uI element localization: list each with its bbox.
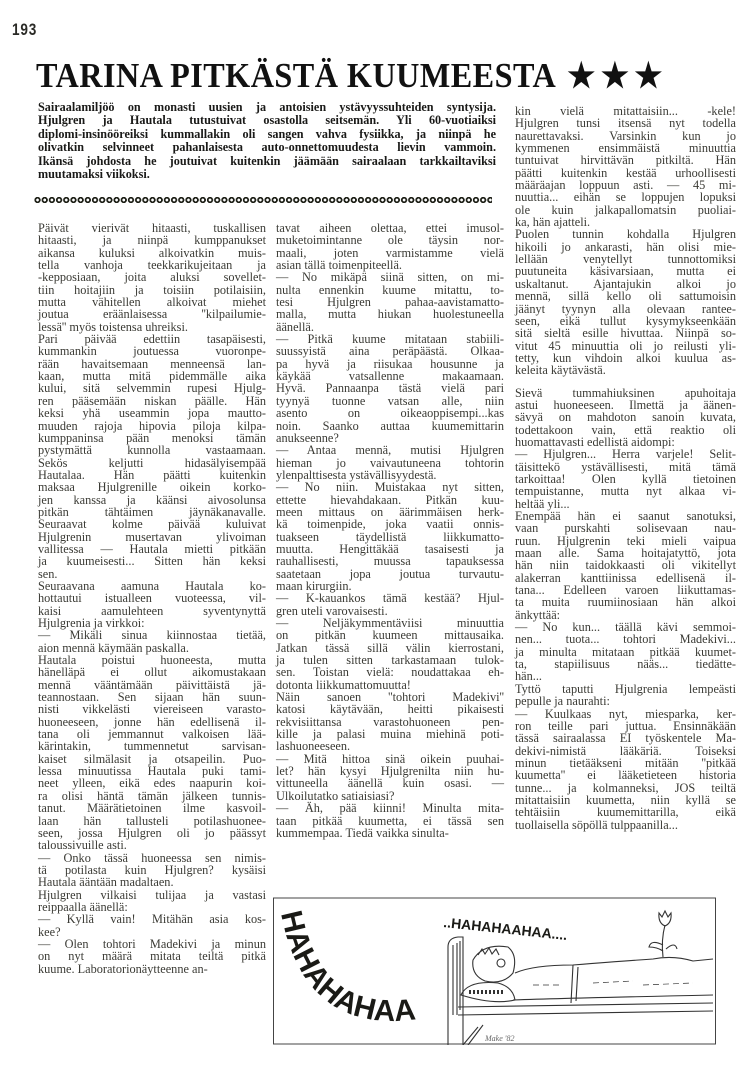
text-line: — Äh, pää kiinni! Minulta mita-	[276, 802, 504, 814]
decorative-chain-divider	[34, 197, 492, 203]
text-line: — No niin. Muistakaa nyt sitten,	[276, 481, 504, 493]
text-line: rauhallisesti, muussa tapauksessa	[276, 555, 504, 567]
text-line: — K-kauankos tämä kestää? Hjul-	[276, 592, 504, 604]
lead-line: olivatkin selvinneet pahanlaisesta auto-…	[38, 141, 496, 154]
text-line: suussyistä aina peräpäästä. Olkaa-	[276, 345, 504, 357]
text-line: tuollaisella söpöllä tulppaanilla...	[515, 819, 736, 831]
text-line: noin. Saanko auttaa kuumemittarin	[276, 420, 504, 432]
text-line: on nyt määrä mitata teiltä pitkä	[38, 950, 266, 962]
lead-line: Ikänsä johdosta he joutuivat kuitenkin j…	[38, 155, 496, 168]
text-line: — Hjulgren... Herra varjele! Selit-	[515, 448, 736, 460]
text-line: malla, mutta hiukan huolestuneella	[276, 308, 504, 320]
text-line: Puolen tunnin kohdalla Hjulgren	[515, 228, 736, 240]
text-line: kummankin joutuessa vuoronpe-	[38, 345, 266, 357]
lead-line: diplomi-insinööreiksi kummallakin oli sa…	[38, 128, 496, 141]
text-line: laan hän tallusteli potilashuonee-	[38, 815, 266, 827]
text-line: tanut. Määrätietoinen ilme kasvoil-	[38, 802, 266, 814]
text-line: pystymättä kunnolla vastaamaan.	[38, 444, 266, 456]
text-line: kärintakin, tummennetut sarvisan-	[38, 740, 266, 752]
cartoon-illustration: HAHAHAHAA ..HAHAHAAHAA....	[273, 895, 716, 1045]
text-line: Seuraavat kolme päivää kuluivat	[38, 518, 266, 530]
text-line: hottautui istualleen vuoteessa, vil-	[38, 592, 266, 604]
text-column-1: Päivät vierivät hitaasti, tuskallisenhit…	[38, 222, 266, 975]
cartoon-drawing: HAHAHAHAA ..HAHAHAAHAA....	[273, 895, 716, 1045]
title-text: TARINA PITKÄSTÄ KUUMEESTA	[36, 56, 556, 95]
text-line: tässä sairaalassa EI työskentele Ma-	[515, 732, 736, 744]
text-line: jäänyt tyynyn alla olevaan rantee-	[515, 303, 736, 315]
text-column-3: kin vielä mitattaisiin... -kele!Hjulgren…	[515, 105, 736, 831]
text-line: sävyä on mahdoton sanoin kuvata,	[515, 411, 736, 423]
text-line: neet ylleen, eikä edes naapurin koi-	[38, 777, 266, 789]
lead-line: Hjulgren ja Hautala tutustuivat osastoll…	[38, 114, 496, 127]
text-line: — Mikäli sinua kiinnostaa tietää,	[38, 629, 266, 641]
text-line: Hautala ääntään madaltaen.	[38, 876, 266, 888]
text-line: taloussivuille asti.	[38, 839, 266, 851]
text-line: sen. Toistan vielä: noudattakaa eh-	[276, 666, 504, 678]
text-line: lashuoneeseen.	[276, 740, 504, 752]
text-line: keleita käytävästä.	[515, 364, 736, 376]
text-line: nuuttia... eihän se loppujen lopuksi	[515, 191, 736, 203]
lead-paragraph: Sairaalamiljöö on monasti uusien ja anto…	[38, 101, 496, 181]
text-line: tuntuivat hirvittävän pitkiltä. Hän	[515, 154, 736, 166]
text-line: hitaasti, ja niinpä kumppanukset	[38, 234, 266, 246]
text-line: ta, stapiilisuus nääs... tiedätte-	[515, 658, 736, 670]
text-line: sitä sieltä esille hivuttaa. Niinpä so-	[515, 327, 736, 339]
text-line: hän...	[515, 670, 736, 682]
text-line: — Kuulkaas nyt, miesparka, ker-	[515, 708, 736, 720]
text-line: muuden rajoja hipovia piloja kilpa-	[38, 420, 266, 432]
text-line: muketoimintanne ole täysin nor-	[276, 234, 504, 246]
text-line: on pitkän kuumeen mittausaika.	[276, 629, 504, 641]
text-line: mennä, sillä kello oli sattumoisin	[515, 290, 736, 302]
text-line: hän niin taidokkaasti oli vikitellyt	[515, 559, 736, 571]
text-line: hänelläpä ei ollut aikomustakaan	[38, 666, 266, 678]
text-line: joutua eräänlaisessa ''kilpailumie-	[38, 308, 266, 320]
text-line: kummempaa. Tiedä vaikka sinulta-	[276, 827, 504, 839]
text-column-2: tavat aiheen olettaa, ettei imusol-muket…	[276, 222, 504, 839]
text-line: tempuistanne, mutta nyt alkaa vi-	[515, 485, 736, 497]
article-title: TARINA PITKÄSTÄ KUUMEESTA★★★	[36, 56, 668, 96]
lead-line: muutamaksi viikoksi.	[38, 168, 496, 181]
text-line: ja kuumeisesti... Sitten hän keksi	[38, 555, 266, 567]
artist-signature: Make '82	[484, 1034, 514, 1043]
rating-stars-icon: ★★★	[567, 58, 668, 95]
text-line: puutuneita käsivarsiaan, mutta ei	[515, 265, 736, 277]
page-number: 193	[12, 20, 37, 40]
text-line: nisti vikkelästi viereiseen varasto-	[38, 703, 266, 715]
text-line: asento on oikeaoppisempi...kas	[276, 407, 504, 419]
text-line: vaan purskahti solisevaan nau-	[515, 522, 736, 534]
text-line: Hjulgren tunsi itsensä nyt todella	[515, 117, 736, 129]
text-line: kului, sitä selvemmin rupesi Hjulg-	[38, 382, 266, 394]
text-line: katosi käytävään, heitti pikaisesti	[276, 703, 504, 715]
text-line: taan pitkää kuumetta, ei tässä sen	[276, 815, 504, 827]
lead-line: Sairaalamiljöö on monasti uusien ja anto…	[38, 101, 496, 114]
text-line: — Kyllä vain! Mitähän asia kos-	[38, 913, 266, 925]
text-line: — No mikäpä siinä sitten, on mi-	[276, 271, 504, 283]
text-line: -kepposiaan, joita aluksi sovellet-	[38, 271, 266, 283]
text-line: vittuneella äänellä kuin osasi. —	[276, 777, 504, 789]
text-line: tehtäisiin kuumemittarilla, eikä	[515, 806, 736, 818]
text-line: — Antaa mennä, mutisi Hjulgren	[276, 444, 504, 456]
text-line: ta muita ruumiinosiaan hän alkoi	[515, 596, 736, 608]
text-line: keksi yhä useammin jopa mautto-	[38, 407, 266, 419]
text-line: kuume. Laboratorionäytteenne an-	[38, 963, 266, 975]
text-line: kuumetta'' ei lääketieteen historia	[515, 769, 736, 781]
text-line: pepulle ja naurahti:	[515, 695, 736, 707]
text-line: Hyvä. Pannaanpa tästä vielä pari	[276, 382, 504, 394]
text-line: kä toimenpide, joka vaatii onnis-	[276, 518, 504, 530]
text-line: maksaa Hjulgrenille oikein korko-	[38, 481, 266, 493]
text-line: nen... tuota... tohtori Madekivi...	[515, 633, 736, 645]
